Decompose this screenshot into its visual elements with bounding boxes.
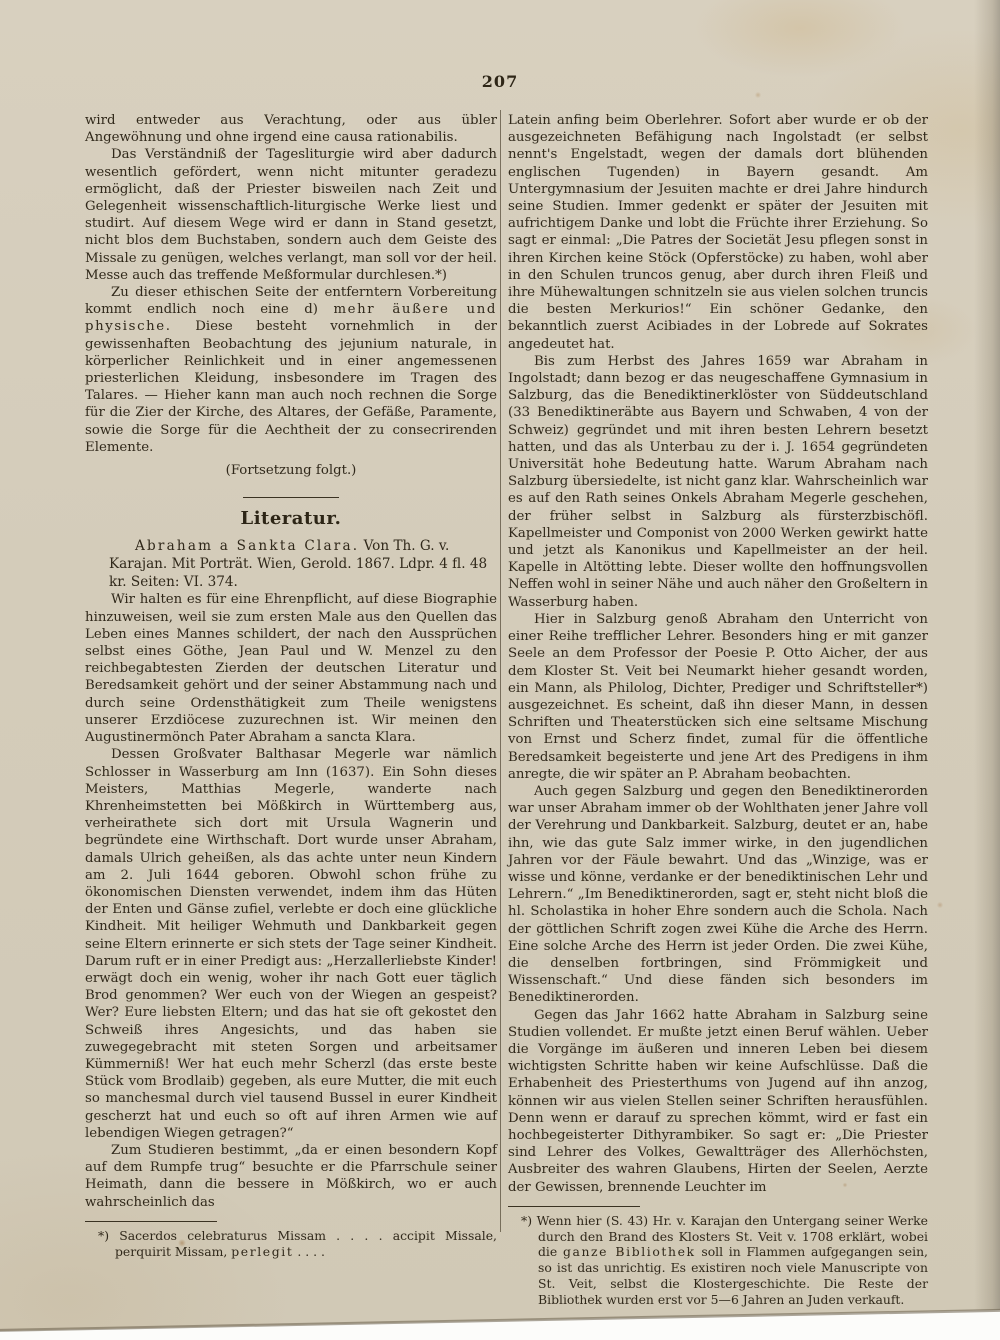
body-paragraph: Auch gegen Salzburg und gegen den Benedi… — [508, 783, 928, 1007]
body-paragraph: Wir halten es für eine Ehrenpflicht, auf… — [85, 591, 497, 746]
paragraph-segment: Diese besteht vornehmlich in der gewisse… — [85, 319, 497, 454]
body-paragraph: wird entweder aus Verachtung, oder aus ü… — [85, 112, 497, 146]
body-paragraph: Das Verständniß der Tagesliturgie wird a… — [85, 146, 497, 284]
column-divider-rule — [500, 110, 501, 1232]
footnote-rule — [508, 1206, 640, 1207]
section-divider-rule — [243, 497, 339, 498]
body-paragraph: Dessen Großvater Balthasar Megerle war n… — [85, 746, 497, 1142]
bibliography-entry: Abraham a Sankta Clara. Von Th. G. v. Ka… — [85, 537, 497, 591]
continuation-note: (Fortsetzung folgt.) — [85, 462, 497, 479]
body-paragraph: Gegen das Jahr 1662 hatte Abraham in Sal… — [508, 1007, 928, 1196]
page-number: 207 — [0, 72, 1000, 91]
footnote-rule — [85, 1221, 217, 1222]
emphasized-spaced-text: ganze Bibliothek — [563, 1244, 696, 1259]
footnote: *) Wenn hier (S. 43) Hr. v. Karajan den … — [508, 1213, 928, 1308]
book-title: Abraham a Sankta Clara. — [135, 538, 359, 554]
body-paragraph: Zum Studieren bestimmt, „da er einen bes… — [85, 1142, 497, 1211]
scanned-page: 207 wird entweder aus Verachtung, oder a… — [0, 0, 1000, 1334]
body-paragraph: Zu dieser ethischen Seite der entfernter… — [85, 284, 497, 456]
footnote-segment: . . . . — [293, 1244, 325, 1259]
body-paragraph: Latein anfing beim Oberlehrer. Sofort ab… — [508, 112, 928, 353]
right-column: Latein anfing beim Oberlehrer. Sofort ab… — [508, 112, 928, 1308]
section-heading: Literatur. — [85, 510, 497, 527]
body-paragraph: Bis zum Herbst des Jahres 1659 war Abrah… — [508, 353, 928, 611]
left-column: wird entweder aus Verachtung, oder aus ü… — [85, 112, 497, 1259]
footnote: *) Sacerdos celebraturus Missam . . . . … — [85, 1228, 497, 1260]
body-paragraph: Hier in Salzburg genoß Abraham den Unter… — [508, 611, 928, 783]
page-edge-shadow — [974, 0, 1000, 1316]
emphasized-spaced-text: perlegit — [231, 1244, 293, 1259]
